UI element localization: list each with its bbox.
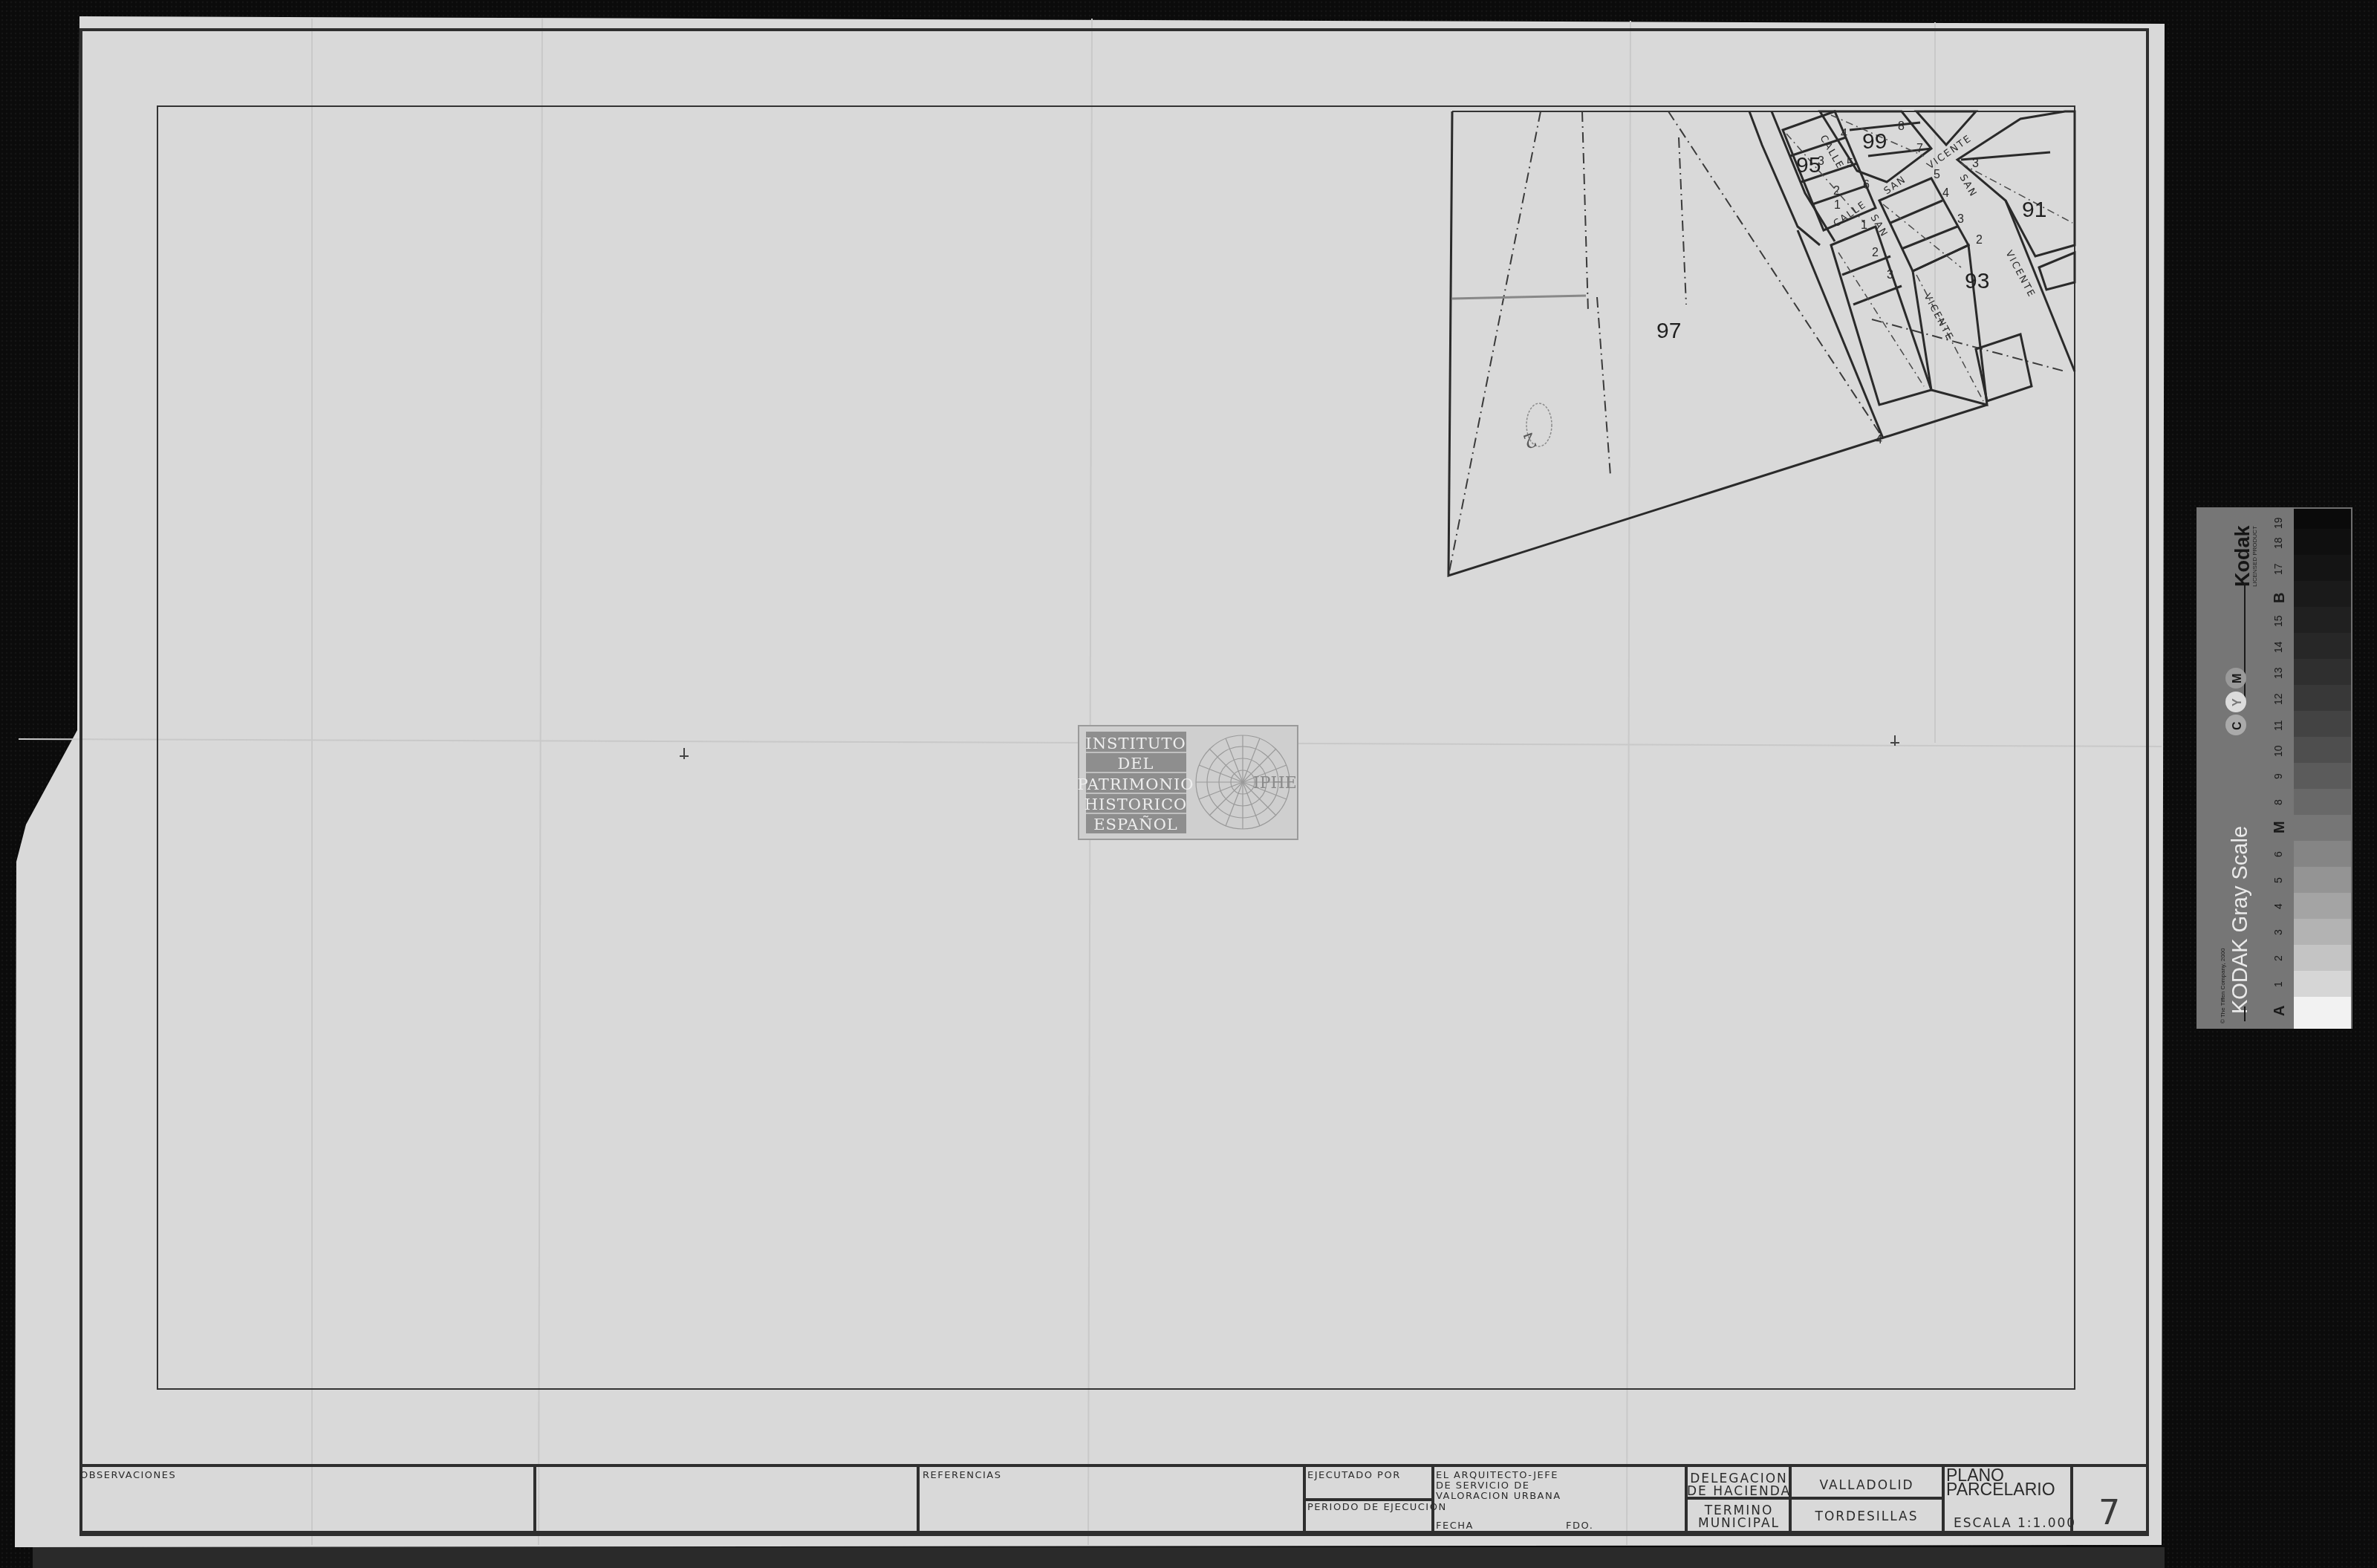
plano-title-2: PARCELARIO (1946, 1480, 2055, 1499)
kodak-gray-scale-card: KODAK Gray Scale Kodak LICENSED PRODUCT … (2196, 507, 2352, 1029)
gray-patches (2294, 509, 2351, 1029)
svg-text:5: 5 (2272, 877, 2284, 883)
ejecutado-por-label: EJECUTADO POR (1307, 1470, 1401, 1481)
licensed-product: LICENSED PRODUCT (2251, 526, 2258, 587)
svg-text:9: 9 (2272, 773, 2284, 779)
watermark-line-3: PATRIMONIO (1078, 775, 1194, 793)
svg-text:2: 2 (2272, 955, 2284, 961)
parcel-label-97: 97 (1656, 319, 1681, 343)
svg-text:14: 14 (2272, 641, 2284, 653)
subparcel-number: 4 (1841, 128, 1847, 140)
subparcel-number: 1 (1861, 219, 1867, 232)
magenta-letter: M (2231, 674, 2244, 683)
subparcel-number: 7 (1916, 143, 1923, 155)
svg-text:19: 19 (2272, 517, 2284, 529)
scanned-map-sheet: 97 95 99 93 91 CALLE SAN VICENTE CALLE S… (0, 0, 2377, 1568)
arquitecto-line-3: VALORACION URBANA (1436, 1491, 1561, 1502)
arquitecto-line-2: DE SERVICIO DE (1436, 1480, 1529, 1491)
yellow-letter: Y (2231, 698, 2244, 706)
parcel-label-91: 91 (2022, 198, 2046, 222)
subparcel-number: 5 (1934, 169, 1940, 181)
svg-text:B: B (2272, 593, 2288, 603)
watermark-line-1: INSTITUTO (1085, 735, 1186, 752)
referencias-label: REFERENCIAS (923, 1470, 1001, 1481)
subparcel-number: 2 (1833, 185, 1840, 198)
watermark-acronym: IPHE (1253, 774, 1297, 793)
iphe-watermark: INSTITUTO DEL PATRIMONIO HISTORICO ESPAÑ… (1078, 726, 1298, 839)
delegacion-label-2: DE HACIENDA (1687, 1484, 1791, 1499)
svg-text:A: A (2272, 1006, 2288, 1016)
kodak-brand-logo: Kodak (2231, 525, 2254, 588)
svg-text:6: 6 (2272, 851, 2284, 857)
parcel-label-93: 93 (1965, 269, 1989, 293)
subparcel-number: 3 (1818, 155, 1824, 168)
termino-label-2: MUNICIPAL (1698, 1516, 1780, 1531)
subparcel-number: 6 (1863, 179, 1870, 192)
delegacion-value: VALLADOLID (1819, 1478, 1913, 1493)
escala-label: ESCALA 1:1.000 (1954, 1516, 2076, 1531)
subparcel-number: 3 (1972, 157, 1979, 170)
svg-text:18: 18 (2272, 537, 2284, 549)
svg-text:3: 3 (2272, 929, 2284, 935)
subparcel-number: 2 (1976, 234, 1983, 247)
svg-text:10: 10 (2272, 745, 2284, 757)
subparcel-number: 3 (1887, 269, 1893, 282)
subparcel-number: 3 (1957, 213, 1964, 226)
watermark-line-2: DEL (1117, 755, 1154, 772)
parcel-label-99: 99 (1862, 129, 1887, 154)
subparcel-number: 2 (1872, 247, 1879, 259)
svg-text:1: 1 (2272, 981, 2284, 987)
svg-text:11: 11 (2272, 720, 2284, 731)
tiffen-copyright: © The Tiffen Company, 2000 (2220, 948, 2226, 1024)
observaciones-label: OBSERVACIONES (80, 1470, 176, 1481)
watermark-line-5: ESPAÑOL (1093, 816, 1178, 833)
subparcel-number: 5 (1847, 157, 1853, 170)
periodo-ejecucion-label: PERIODO DE EJECUCION (1307, 1502, 1447, 1513)
bottom-strip (33, 1547, 2165, 1568)
svg-text:12: 12 (2272, 693, 2284, 705)
svg-text:M: M (2272, 821, 2288, 833)
svg-text:13: 13 (2272, 667, 2284, 679)
subparcel-number: 4 (1942, 187, 1949, 200)
subparcel-number: 1 (1834, 199, 1841, 212)
watermark-line-4: HISTORICO (1085, 796, 1188, 813)
svg-text:15: 15 (2272, 615, 2284, 627)
svg-text:17: 17 (2272, 563, 2284, 575)
svg-text:4: 4 (2272, 903, 2284, 909)
termino-value: TORDESILLAS (1815, 1509, 1919, 1524)
arquitecto-line-1: EL ARQUITECTO-JEFE (1436, 1470, 1558, 1481)
fdo-label: FDO. (1566, 1520, 1593, 1532)
cyan-letter: C (2231, 721, 2244, 730)
subparcel-number: 4 (1876, 434, 1882, 446)
subparcel-number: 8 (1898, 120, 1905, 133)
svg-text:8: 8 (2272, 799, 2284, 805)
sheet-number-handwritten: 7 (2098, 1492, 2120, 1532)
gray-scale-title: KODAK Gray Scale (2228, 826, 2252, 1014)
fecha-label: FECHA (1436, 1520, 1474, 1532)
